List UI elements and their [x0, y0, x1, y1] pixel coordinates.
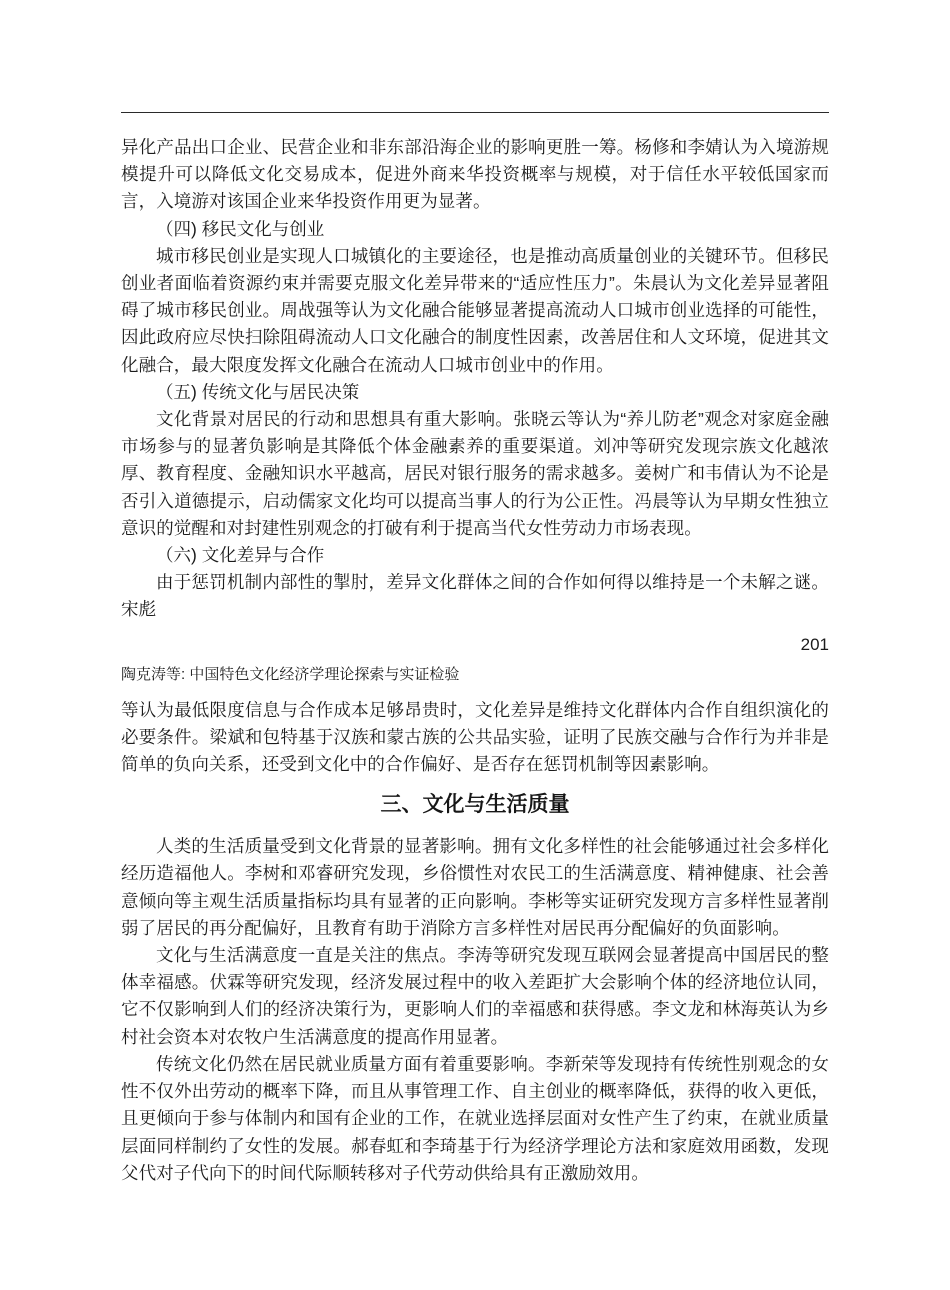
document-page: 异化产品出口企业、民营企业和非东部沿海企业的影响更胜一筹。杨修和李婧认为入境游规…	[0, 0, 950, 1290]
page-number: 201	[121, 631, 829, 658]
chapter-heading-culture-and-life-quality: 三、文化与生活质量	[121, 791, 829, 818]
running-head: 陶克涛等: 中国特色文化经济学理论探索与实证检验	[121, 664, 829, 686]
text-column: 异化产品出口企业、民营企业和非东部沿海企业的影响更胜一筹。杨修和李婧认为入境游规…	[121, 112, 829, 1187]
paragraph-chapter3-life-satisfaction: 文化与生活满意度一直是关注的焦点。李涛等研究发现互联网会显著提高中国居民的整体幸…	[121, 942, 829, 1051]
paragraph-section4-migrant-entrepreneurship: 城市移民创业是实现人口城镇化的主要途径，也是推动高质量创业的关键环节。但移民创业…	[121, 243, 829, 379]
paragraph-section6-cooperation-page1: 由于惩罚机制内部性的掣肘，差异文化群体之间的合作如何得以维持是一个未解之谜。宋彪	[121, 569, 829, 623]
subsection-heading-6-cultural-difference: （六) 文化差异与合作	[121, 542, 829, 569]
subsection-heading-5-traditional-culture: （五) 传统文化与居民决策	[121, 379, 829, 406]
paragraph-continuation-inbound-tourism: 异化产品出口企业、民营企业和非东部沿海企业的影响更胜一筹。杨修和李婧认为入境游规…	[121, 134, 829, 216]
paragraph-section6-cooperation-page2: 等认为最低限度信息与合作成本足够昂贵时，文化差异是维持文化群体内合作自组织演化的…	[121, 697, 829, 779]
paragraph-chapter3-employment-quality: 传统文化仍然在居民就业质量方面有着重要影响。李新荣等发现持有传统性别观念的女性不…	[121, 1051, 829, 1187]
header-rule	[121, 112, 829, 113]
subsection-heading-4-migrant-culture: （四) 移民文化与创业	[121, 216, 829, 243]
paragraph-section5-resident-decisions: 文化背景对居民的行动和思想具有重大影响。张晓云等认为“养儿防老”观念对家庭金融市…	[121, 406, 829, 542]
paragraph-chapter3-life-quality: 人类的生活质量受到文化背景的显著影响。拥有文化多样性的社会能够通过社会多样化经历…	[121, 833, 829, 942]
